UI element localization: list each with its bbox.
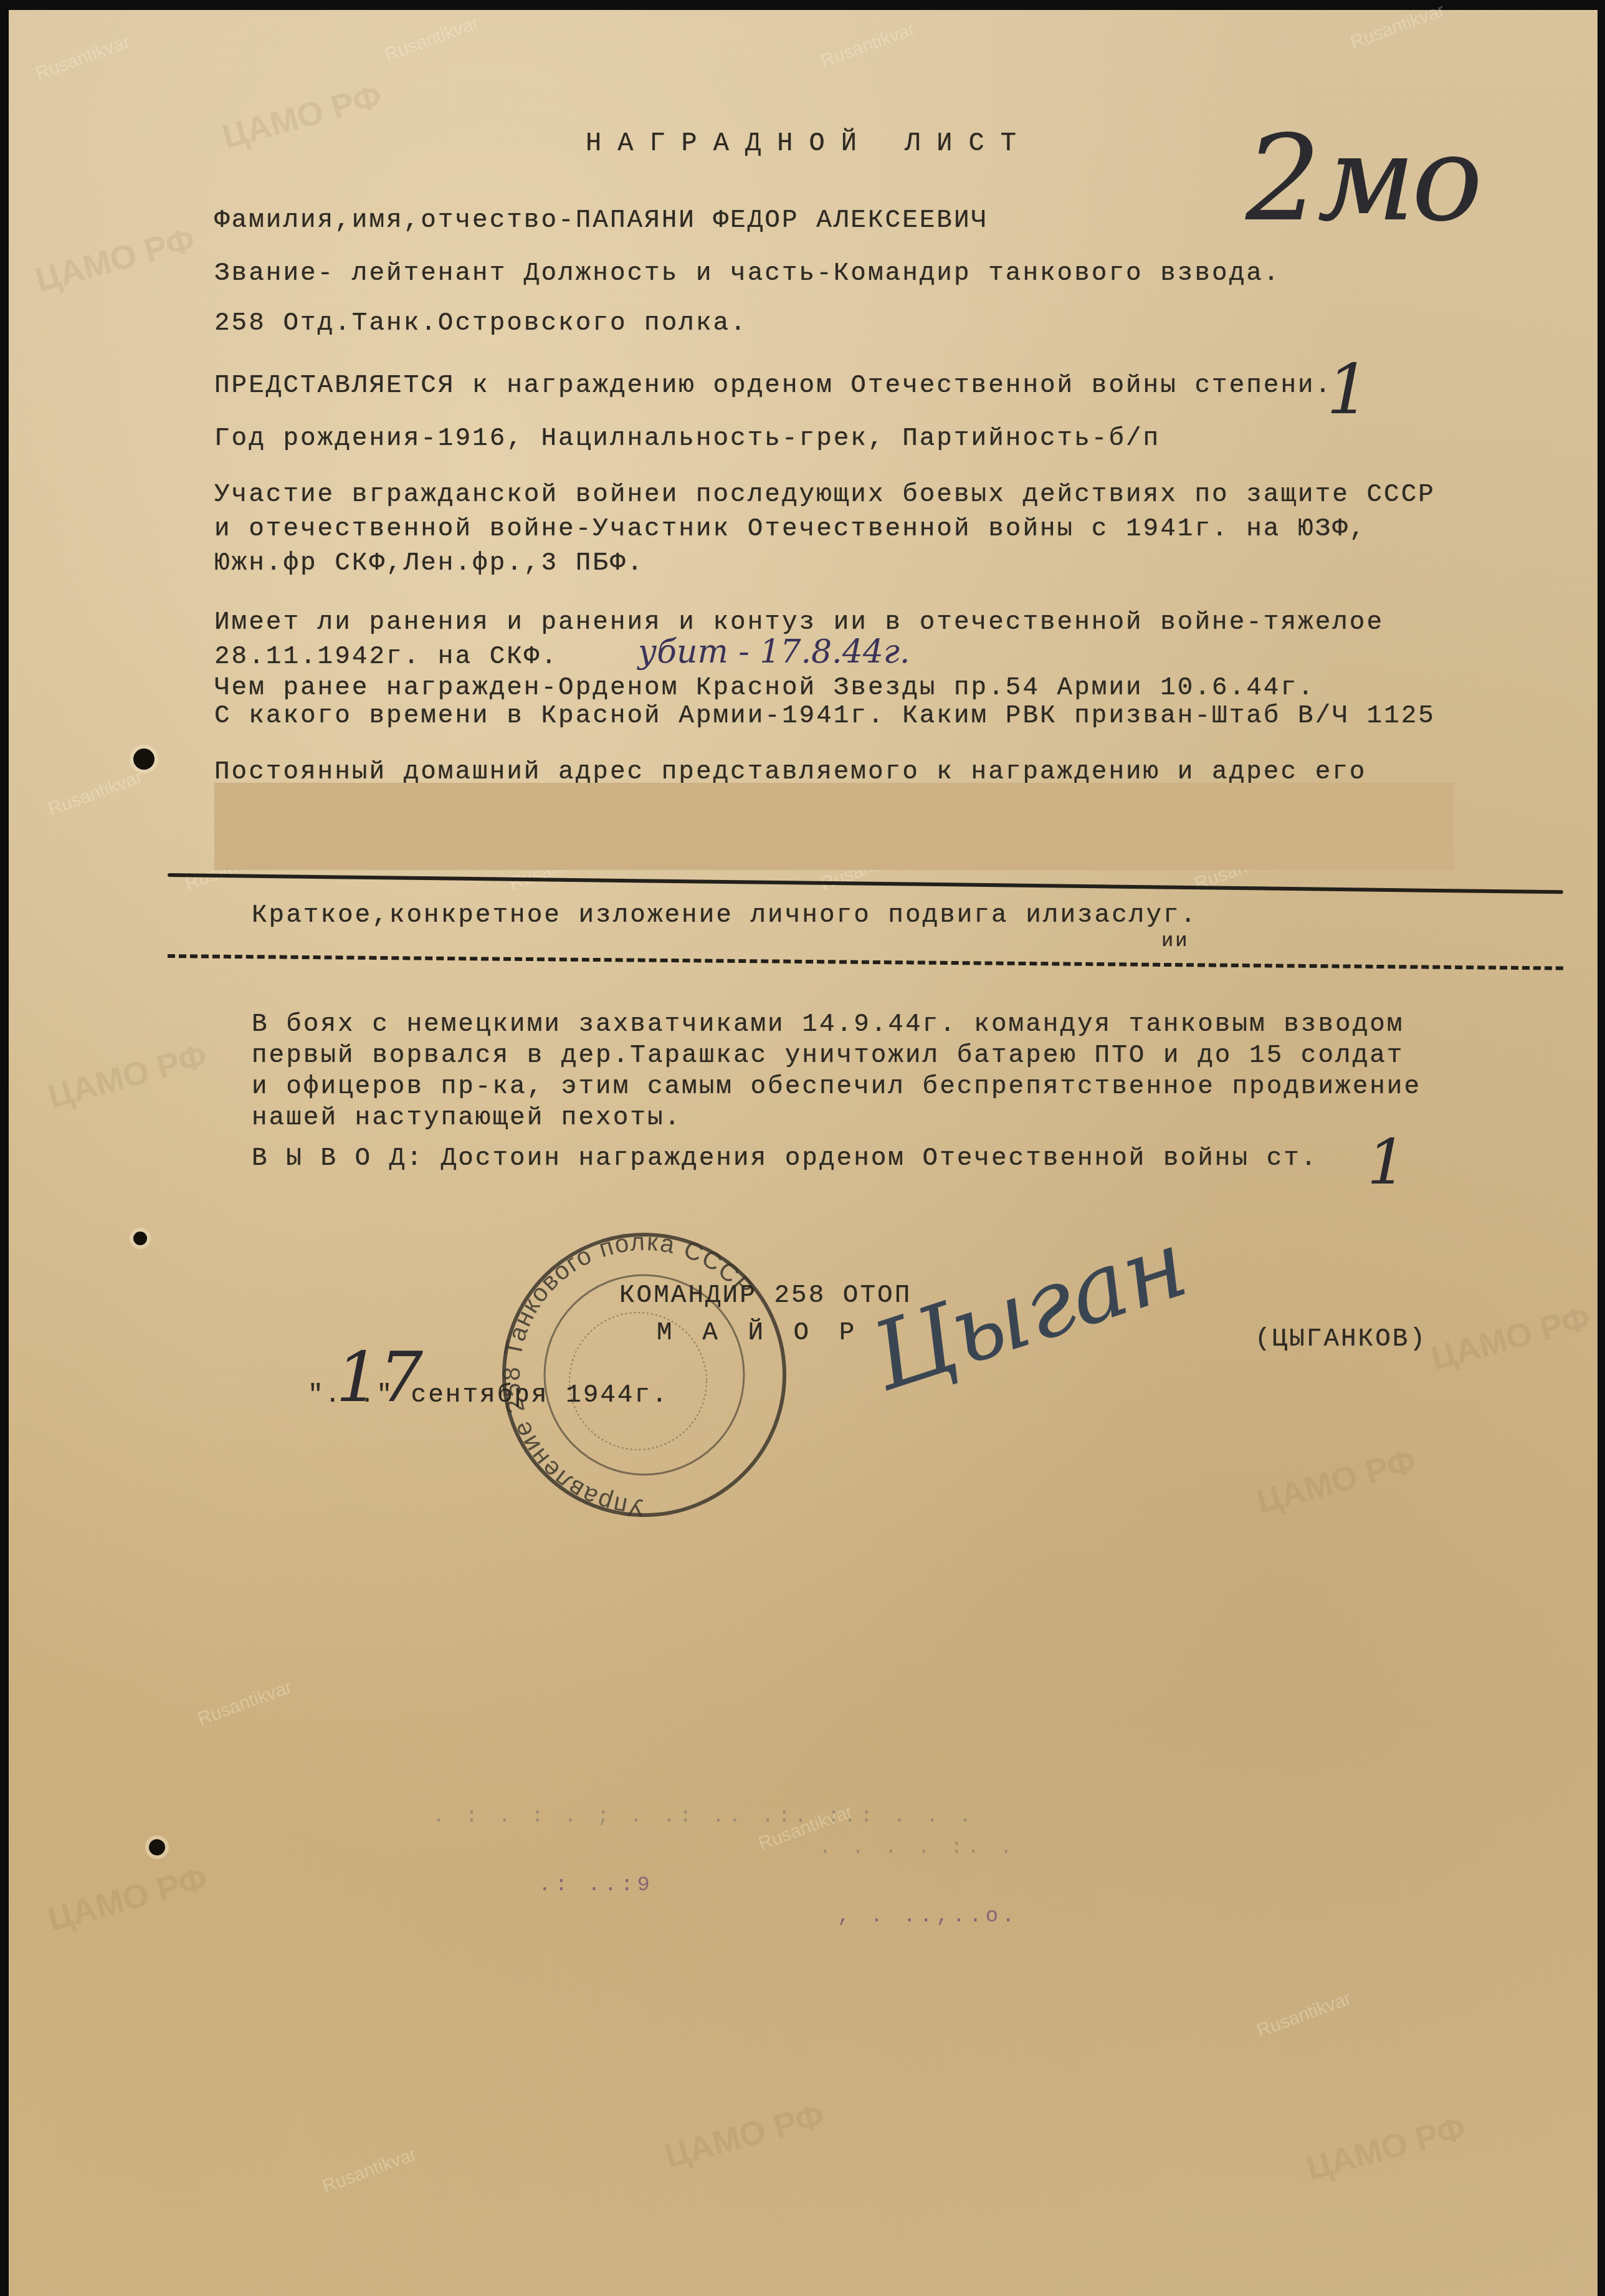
nominated-degree-handwritten: 1: [1326, 350, 1370, 429]
watermark-logo: ЦАМО РФ: [660, 2096, 828, 2176]
watermark-logo: ЦАМО РФ: [218, 77, 386, 156]
feat-line: нашей наступающей пехоты.: [252, 1104, 682, 1132]
official-stamp: Управление 258 Танкового полка СССР: [488, 1225, 800, 1524]
field-participation: Участие вгражданской войнеи последующих …: [214, 481, 1436, 509]
section-heading: Краткое,конкретное изложение личного под…: [252, 901, 1198, 930]
watermark-logo: ЦАМО РФ: [31, 220, 199, 300]
date-day-handwritten: 17: [336, 1337, 423, 1417]
watermark-text: Rusantikvar: [33, 31, 133, 85]
punch-hole: [149, 1839, 165, 1855]
wounds-handwritten-note: убит - 17.8.44г.: [638, 633, 910, 671]
watermark-logo: ЦАМО РФ: [1427, 1298, 1594, 1378]
feat-line: В боях с немецкими захватчиками 14.9.44г…: [252, 1010, 1404, 1039]
watermark-logo: ЦАМО РФ: [1302, 2108, 1470, 2188]
field-previous-awards: Чем ранее награжден-Орденом Красной Звез…: [214, 674, 1315, 702]
watermark-text: Rusantikvar: [45, 767, 145, 820]
bleed-through-text: . . . . :. .: [819, 1836, 1016, 1860]
field-birth-nationality-party: Год рождения-1916, Нацилнальность-грек, …: [214, 424, 1160, 453]
archive-number-handwritten: 2мо: [1245, 110, 1479, 247]
watermark-text: Rusantikvar: [382, 12, 482, 66]
document-title: НАГРАДНОЙ ЛИСТ: [586, 128, 1032, 158]
field-full-name: Фамилия,имя,отчество-ПАПАЯНИ ФЕДОР АЛЕКС…: [214, 206, 988, 235]
watermark-text: Rusantikvar: [818, 19, 918, 72]
punch-hole: [133, 1232, 147, 1245]
feat-line: и офицеров пр-ка, этим самым обеспечил б…: [252, 1073, 1421, 1101]
field-rank-position: Звание- лейтенант Должность и часть-Кома…: [214, 259, 1280, 288]
section-heading-insert: ии: [1161, 929, 1189, 952]
conclusion: В Ы В О Д: Достоин награждения орденом О…: [252, 1144, 1318, 1173]
divider-dashed: [168, 954, 1563, 970]
field-unit: 258 Отд.Танк.Островского полка.: [214, 309, 748, 338]
svg-text:Управление 258 Танкового полка: Управление 258 Танкового полка СССР: [498, 1228, 760, 1522]
commander-rank: М А Й О Р: [657, 1319, 862, 1347]
commander-signature: Цыган: [860, 1209, 1199, 1412]
watermark-text: Rusantikvar: [1348, 0, 1447, 54]
document-page: Rusantikvar Rusantikvar Rusantikvar Rusa…: [9, 10, 1598, 2296]
conclusion-degree-handwritten: 1: [1367, 1126, 1407, 1198]
bleed-through-text: . : . : . ; . .: .. .:. :.: . . .: [432, 1805, 975, 1829]
watermark-text: Rusantikvar: [320, 2144, 419, 2198]
watermark-logo: ЦАМО РФ: [1252, 1442, 1420, 1521]
bleed-through-text: , . ..,..о.: [837, 1905, 1018, 1928]
field-participation: и отечественной войне-Участник Отечестве…: [214, 515, 1366, 543]
stamp-ring-text: Управление 258 Танкового полка СССР: [498, 1228, 760, 1522]
bleed-through-text: .: ..:9: [538, 1873, 654, 1897]
watermark-text: Rusantikvar: [195, 1677, 295, 1730]
field-wounds: 28.11.1942г. на СКФ.: [214, 643, 558, 671]
watermark-text: Rusantikvar: [1254, 1988, 1354, 2042]
field-participation: Южн.фр СКФ,Лен.фр.,3 ПБФ.: [214, 549, 644, 578]
redacted-address-block: [214, 783, 1454, 870]
feat-line: первый ворвался в дер.Тарашкас уничтожил…: [252, 1041, 1404, 1070]
field-nominated: ПРЕДСТАВЛЯЕТСЯ к награждению орденом Оте…: [214, 371, 1332, 400]
commander-name: (ЦЫГАНКОВ): [1255, 1325, 1427, 1354]
field-service-since: С какого времени в Красной Армии-1941г. …: [214, 702, 1436, 730]
watermark-logo: ЦАМО РФ: [44, 1036, 211, 1116]
watermark-logo: ЦАМО РФ: [44, 1859, 211, 1939]
punch-hole: [133, 749, 155, 770]
